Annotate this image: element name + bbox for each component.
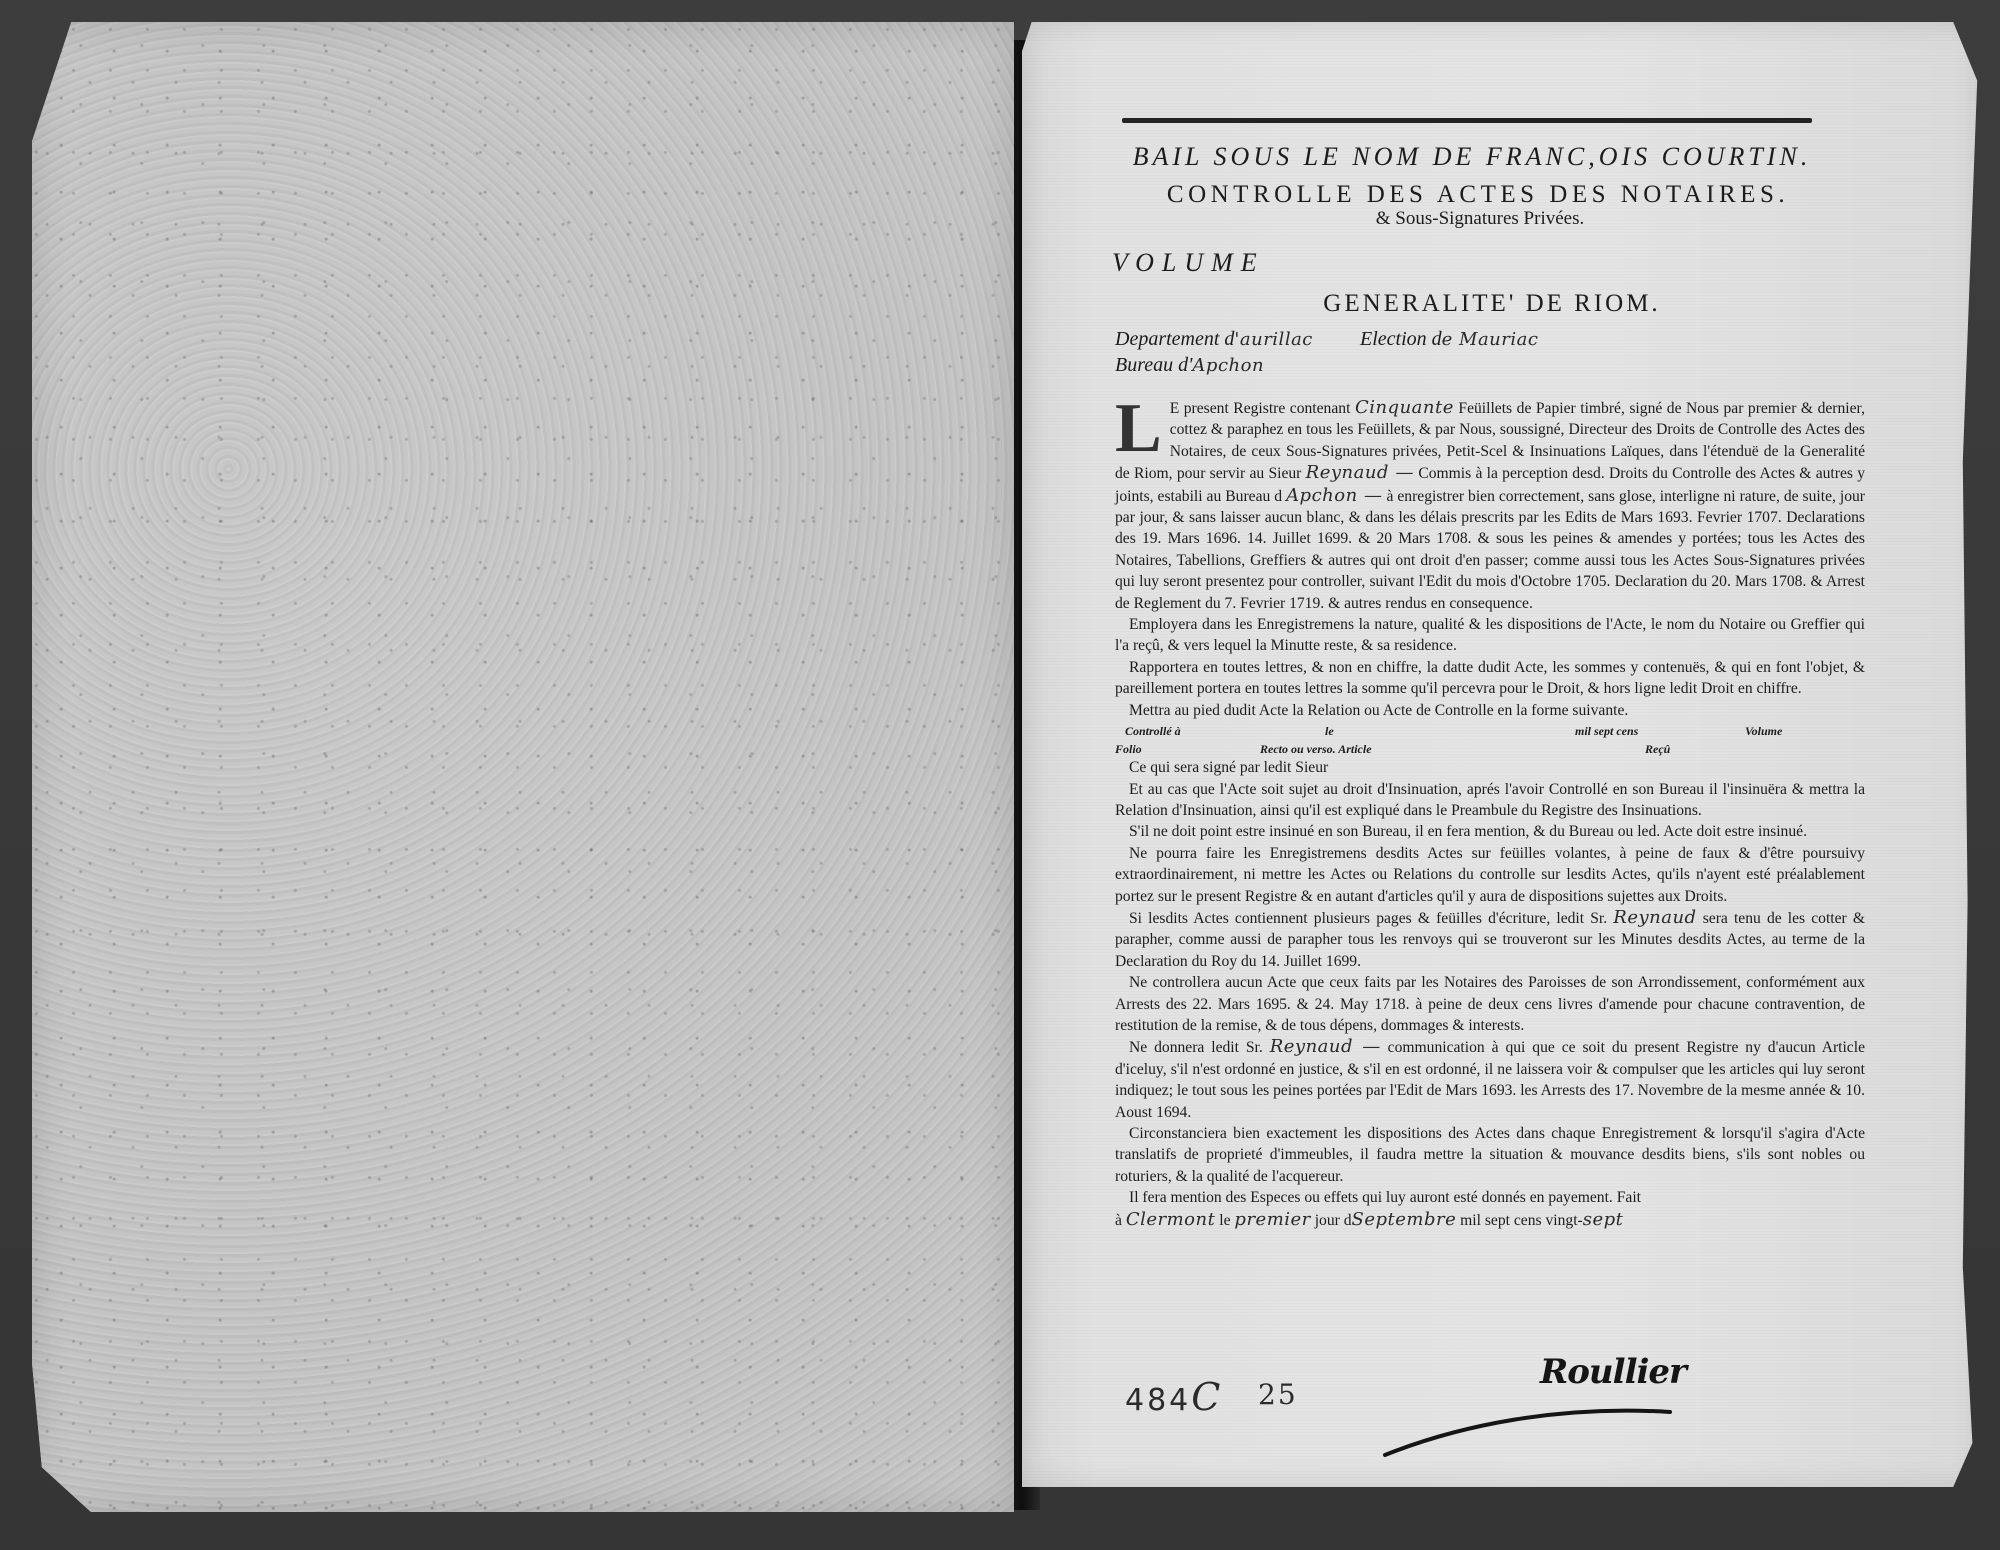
bureau-label: Bureau d' <box>1115 354 1192 376</box>
paragraph-8: Ne pourra faire les Enregistremens desdi… <box>1115 843 1865 907</box>
election-label: Election d <box>1360 328 1442 350</box>
election-handwritten: e Mauriac <box>1442 329 1539 350</box>
departement-field: Departement d'aurillac <box>1115 328 1313 351</box>
handwritten-count: Cinquante <box>1355 397 1454 418</box>
drop-cap: L <box>1115 401 1162 457</box>
paragraph-3: Rapportera en toutes lettres, & non en c… <box>1115 657 1865 700</box>
election-field: Election de Mauriac <box>1360 328 1538 351</box>
control-form-line-2: Folio Recto ou verso. Article Reçû <box>1115 739 1865 757</box>
bureau-field: Bureau d'Apchon <box>1115 354 1264 377</box>
volume-label: VOLUME <box>1112 248 1265 278</box>
bureau-handwritten: Apchon <box>1192 355 1264 376</box>
folio-number: 25 <box>1258 1378 1298 1411</box>
handwritten-bureau: Apchon — <box>1286 485 1382 506</box>
closing-date-line: à Clermont le premier jour dSeptembre mi… <box>1115 1209 1865 1231</box>
paragraph-10: Ne controllera aucun Acte que ceux faits… <box>1115 972 1865 1036</box>
handwritten-month: Septembre <box>1352 1209 1457 1230</box>
handwritten-day: premier <box>1234 1209 1310 1230</box>
register-body: LE present Registre contenant Cinquante … <box>1115 397 1865 1231</box>
director-signature: Roullier <box>1540 1352 1686 1392</box>
handwritten-sieur: Reynaud — <box>1306 462 1414 483</box>
document-title: CONTROLLE DES ACTES DES NOTAIRES. <box>1128 181 1828 209</box>
document-subtitle: & Sous-Signatures Privées. <box>1120 208 1840 230</box>
handwritten-place: Clermont <box>1126 1209 1216 1230</box>
paragraph-13: Il fera mention des Especes ou effets qu… <box>1115 1187 1865 1208</box>
left-page-blank-cover <box>32 22 1014 1512</box>
paragraph-6: Et au cas que l'Acte soit sujet au droit… <box>1115 779 1865 822</box>
paragraph-1: LE present Registre contenant Cinquante … <box>1115 397 1865 614</box>
header-rule <box>1122 118 1812 123</box>
bail-heading: BAIL SOUS LE NOM DE FRANC,OIS COURTIN. <box>1112 142 1832 172</box>
handwritten-year: sept <box>1583 1209 1624 1230</box>
paragraph-7: S'il ne doit point estre insinué en son … <box>1115 821 1865 842</box>
archive-mark: 484C <box>1125 1375 1223 1419</box>
departement-handwritten: 'aurillac <box>1234 329 1312 350</box>
handwritten-sieur-2: Reynaud <box>1613 907 1696 928</box>
paragraph-2: Employera dans les Enregistremens la nat… <box>1115 614 1865 657</box>
control-form-line-1: Controllé à le mil sept cens Volume <box>1115 721 1865 739</box>
paragraph-4: Mettra au pied dudit Acte la Relation ou… <box>1115 700 1865 721</box>
paragraph-9: Si lesdits Actes contiennent plusieurs p… <box>1115 907 1865 972</box>
generalite-heading: GENERALITE' DE RIOM. <box>1212 290 1772 318</box>
departement-label: Departement d <box>1115 328 1234 350</box>
paragraph-5: Ce qui sera signé par ledit Sieur <box>1115 757 1865 778</box>
paragraph-11: Ne donnera ledit Sr. Reynaud — communica… <box>1115 1036 1865 1123</box>
handwritten-sieur-3: Reynaud — <box>1270 1036 1381 1057</box>
paragraph-12: Circonstanciera bien exactement les disp… <box>1115 1123 1865 1187</box>
signature-flourish-icon <box>1380 1400 1680 1460</box>
